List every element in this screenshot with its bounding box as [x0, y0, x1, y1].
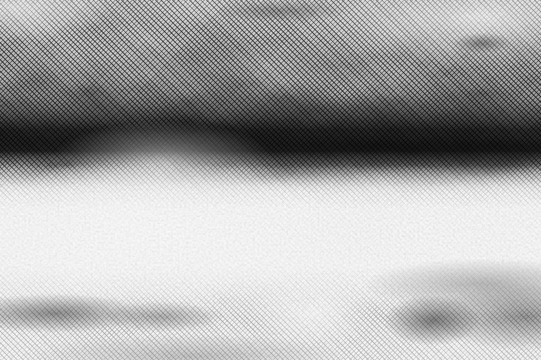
canvas-weave-texture [0, 0, 541, 360]
blotch-noise-rect [0, 0, 541, 360]
light-patches [0, 0, 541, 360]
dark-speckle-clusters [0, 0, 541, 360]
fine-grain-noise [0, 0, 541, 360]
band-right-extension [0, 0, 541, 360]
white-wash-gradient [0, 0, 541, 360]
grain-noise-rect [0, 0, 541, 360]
dark-horizontal-band [0, 0, 541, 360]
coarse-blotch-noise [0, 0, 541, 360]
grunge-texture-image [0, 0, 541, 360]
